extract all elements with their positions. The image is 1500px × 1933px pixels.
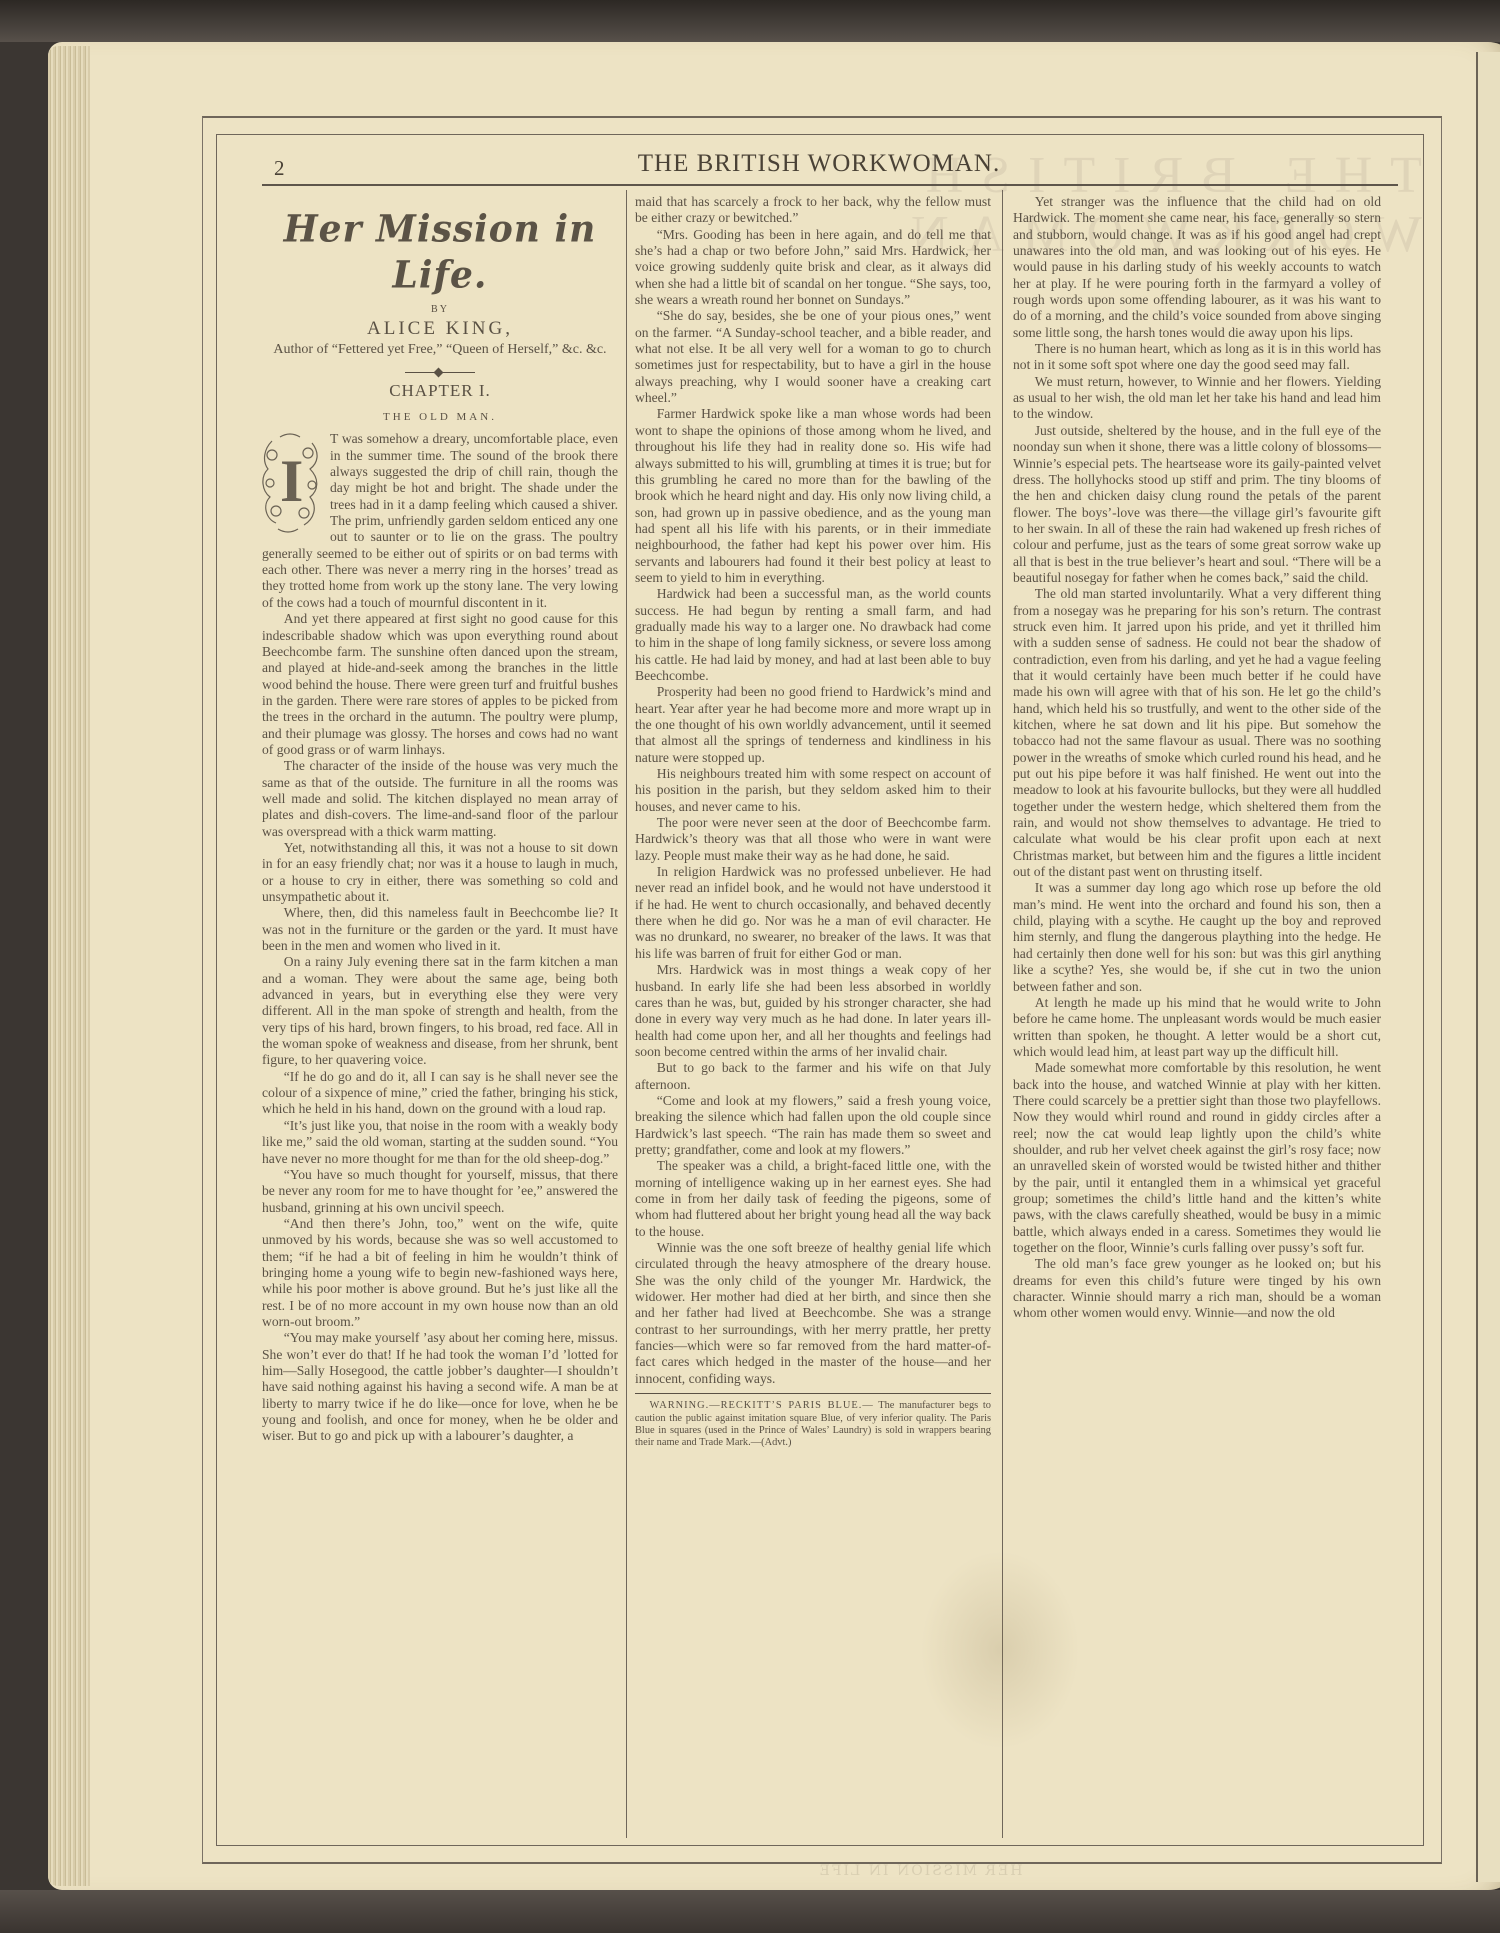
paragraph: “She do say, besides, she be one of your… (635, 308, 991, 406)
masthead: THE BRITISH WORKWOMAN 2 THE BRITISH WORK… (216, 146, 1422, 182)
decorated-dropcap: I (258, 431, 324, 535)
paragraph: His neighbours treated him with some res… (635, 766, 991, 815)
page-stack-edge (48, 46, 90, 1886)
paragraph: There is no human heart, which as long a… (1013, 341, 1381, 374)
masthead-rule (262, 184, 1398, 186)
dropcap-letter: I (280, 449, 303, 513)
paragraph: Just outside, sheltered by the house, an… (1013, 423, 1381, 586)
paragraph: Where, then, did this nameless fault in … (262, 905, 618, 954)
paragraph: Yet, notwithstanding all this, it was no… (262, 840, 618, 905)
paragraph: We must return, however, to Winnie and h… (1013, 374, 1381, 423)
paragraph: At length he made up his mind that he wo… (1013, 995, 1381, 1060)
byline-prefix: BY (262, 302, 618, 318)
column-1: Her Mission in Life. BY ALICE KING, Auth… (262, 194, 618, 1445)
paragraph: And yet there appeared at first sight no… (262, 611, 618, 758)
paragraph: Winnie was the one soft breeze of health… (635, 1240, 991, 1387)
chapter-title: THE OLD MAN. (262, 409, 618, 425)
paragraph: Yet stranger was the influence that the … (1013, 194, 1381, 341)
paragraph: The character of the inside of the house… (262, 758, 618, 840)
paragraph: “And then there’s John, too,” went on th… (262, 1216, 618, 1330)
paragraph: The old man started involuntarily. What … (1013, 586, 1381, 880)
column-divider-1 (626, 190, 627, 1838)
author-name: ALICE KING, (262, 321, 618, 337)
paragraph: Made somewhat more comfortable by this r… (1013, 1060, 1381, 1256)
paragraph: Mrs. Hardwick was in most things a weak … (635, 962, 991, 1060)
story-title: Her Mission in Life. (262, 206, 618, 298)
column-3: Yet stranger was the influence that the … (1013, 194, 1381, 1322)
paragraph: On a rainy July evening there sat in the… (262, 954, 618, 1068)
paragraph: The speaker was a child, a bright-faced … (635, 1158, 991, 1240)
column-2: maid that has scarcely a frock to her ba… (635, 194, 991, 1450)
scan-background-bottom (0, 1890, 1500, 1933)
bleed-through-footer: HER MISSION IN LIFE (420, 1863, 1420, 1879)
paragraph: “Come and look at my flowers,” said a fr… (635, 1093, 991, 1158)
paragraph: maid that has scarcely a frock to her ba… (635, 194, 991, 227)
paragraph: Farmer Hardwick spoke like a man whose w… (635, 406, 991, 586)
paragraph: “If he do go and do it, all I can say is… (262, 1069, 618, 1118)
paragraph: It was a summer day long ago which rose … (1013, 880, 1381, 994)
paragraph: But to go back to the farmer and his wif… (635, 1060, 991, 1093)
paragraph: “It’s just like you, that noise in the r… (262, 1118, 618, 1167)
paragraph: Prosperity had been no good friend to Ha… (635, 684, 991, 766)
advertisement-heading: WARNING.—RECKITT’S PARIS BLUE.— (650, 1400, 874, 1411)
paragraph: In religion Hardwick was no professed un… (635, 864, 991, 962)
facing-page-edge (1476, 52, 1500, 1882)
chapter-heading: CHAPTER I. (262, 383, 618, 399)
column-divider-2 (1002, 190, 1003, 1838)
publication-title: THE BRITISH WORKWOMAN. (216, 150, 1422, 178)
author-works: Author of “Fettered yet Free,” “Queen of… (262, 342, 618, 358)
advertisement: WARNING.—RECKITT’S PARIS BLUE.— The manu… (635, 1393, 991, 1450)
paragraph: “You have so much thought for yourself, … (262, 1167, 618, 1216)
scan-background-top (0, 0, 1500, 42)
paragraph: The poor were never seen at the door of … (635, 815, 991, 864)
paragraph: “You may make yourself ’asy about her co… (262, 1330, 618, 1444)
paragraph: The old man’s face grew younger as he lo… (1013, 1256, 1381, 1321)
ornamental-divider (405, 372, 475, 373)
paragraph: “Mrs. Gooding has been in here again, an… (635, 227, 991, 309)
paragraph: Hardwick had been a successful man, as t… (635, 586, 991, 684)
